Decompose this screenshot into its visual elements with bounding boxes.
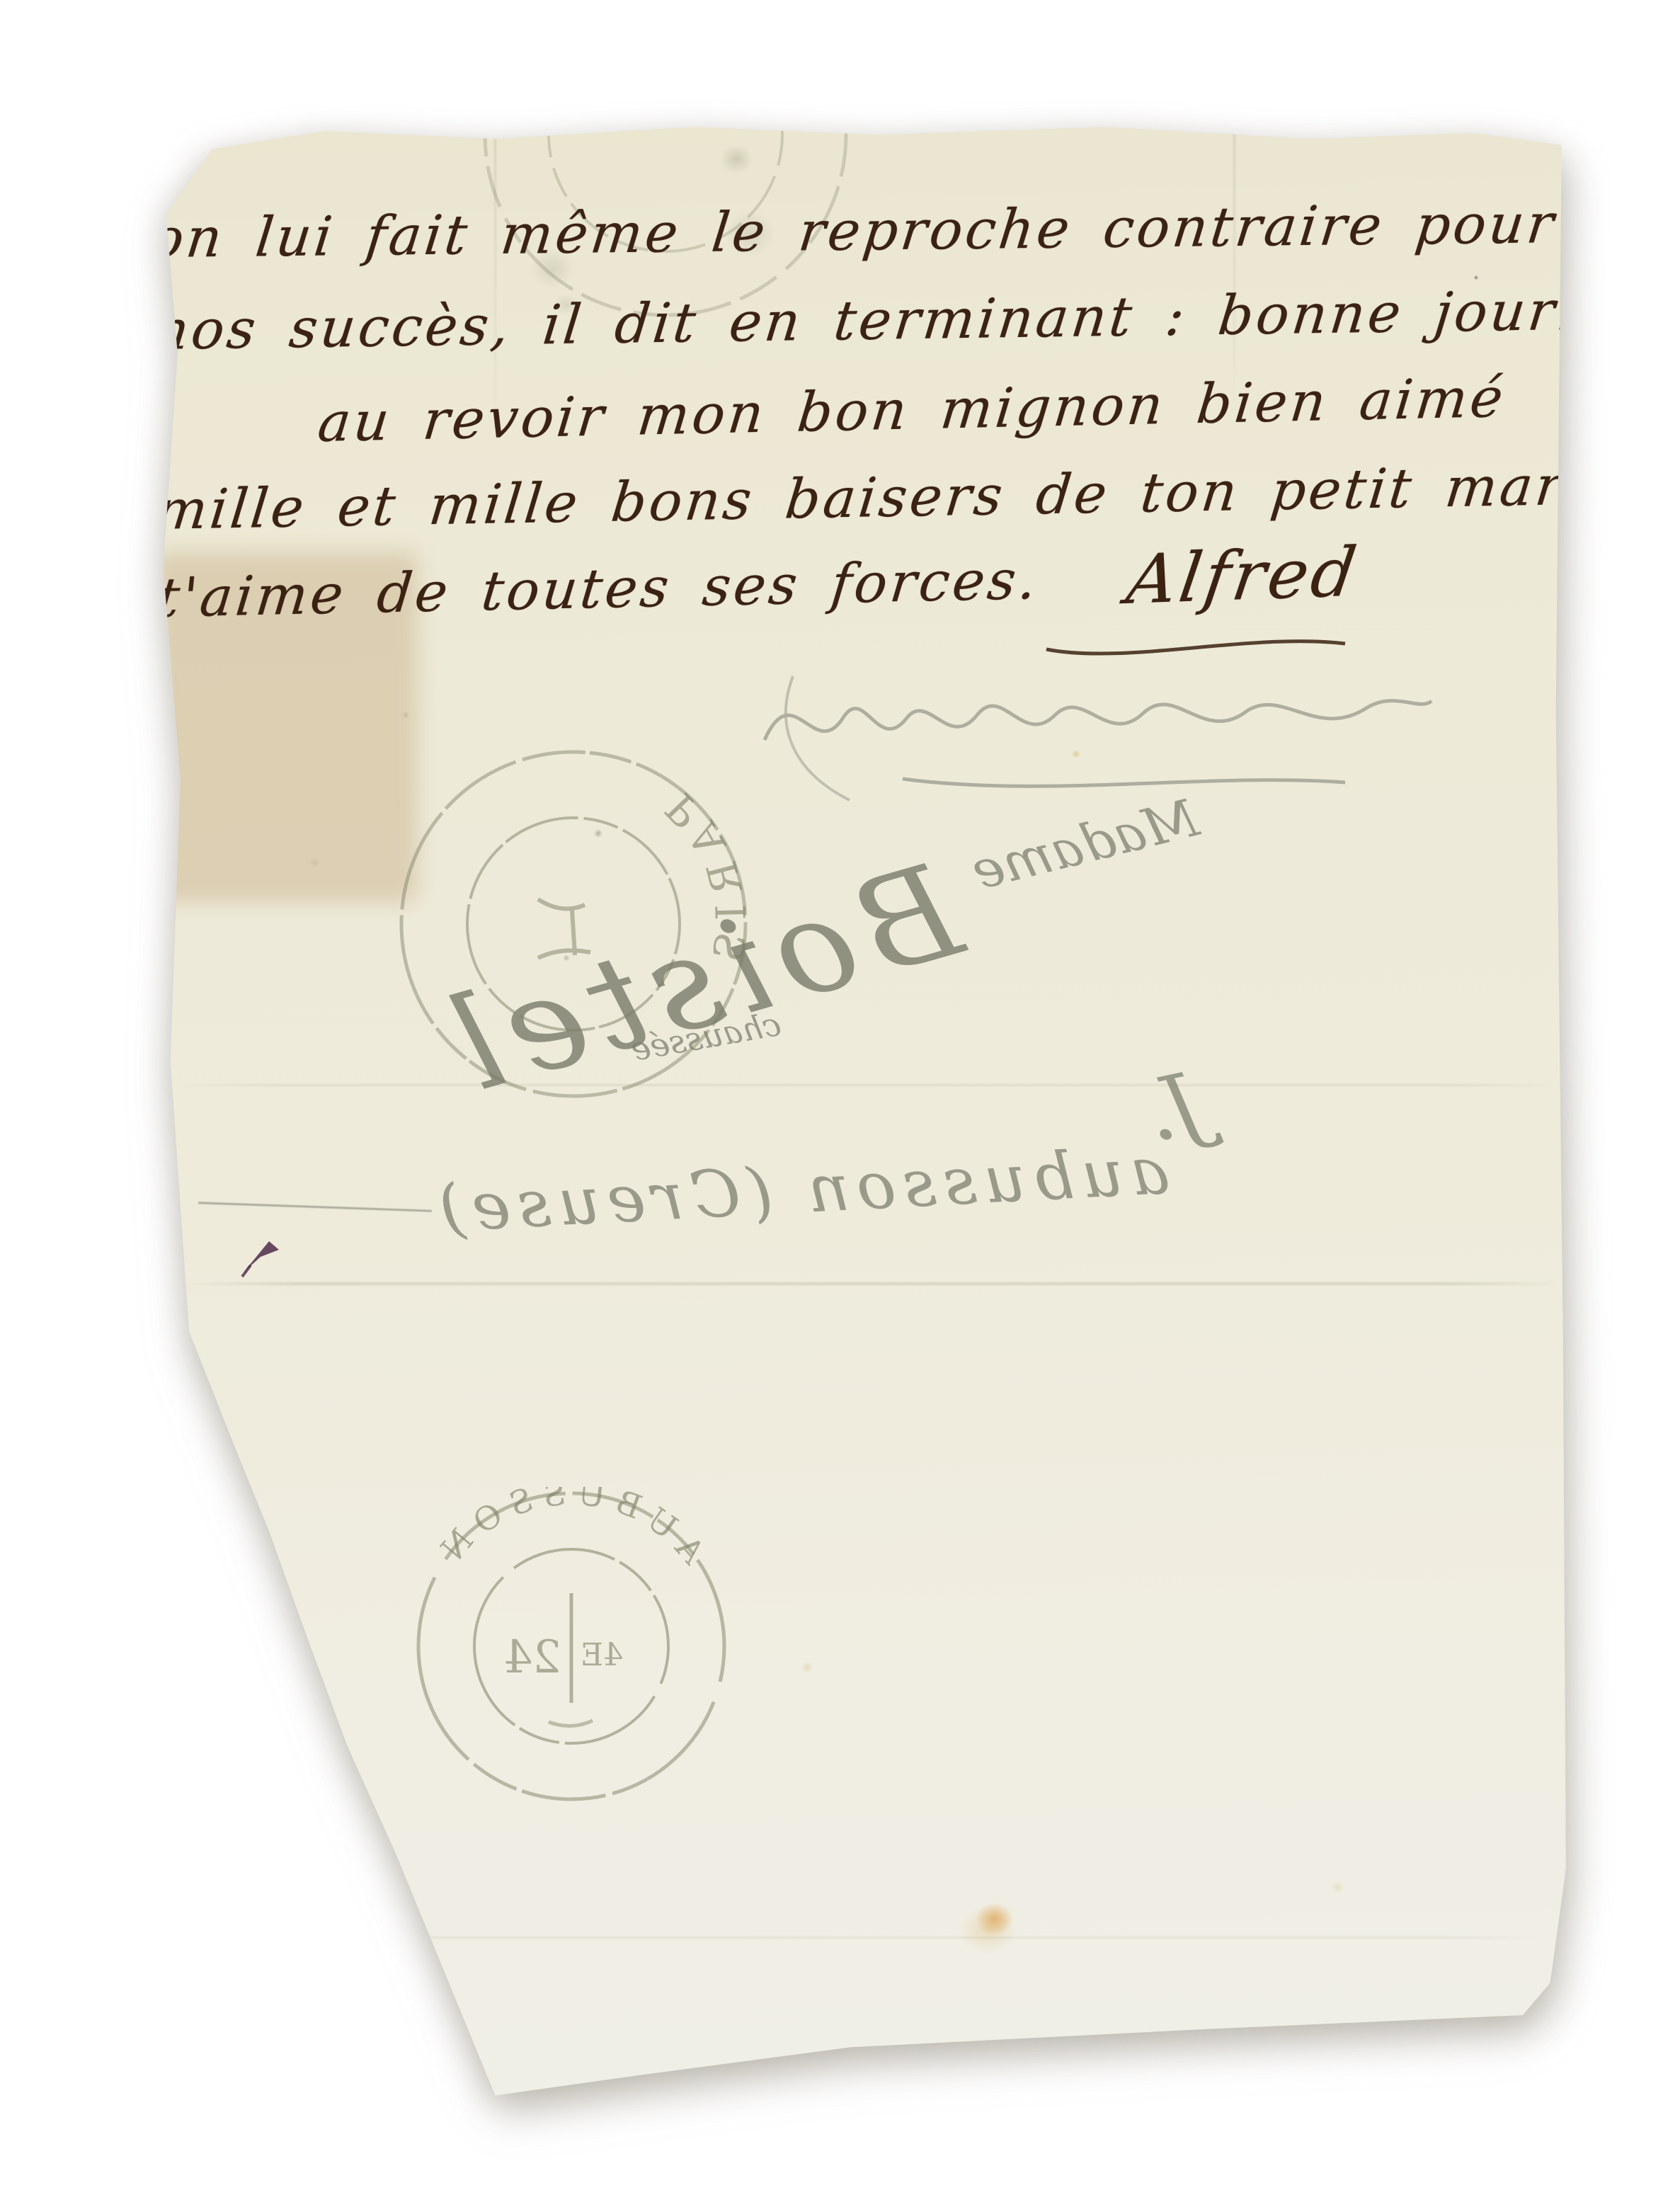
letter-line-4: mille et mille bons baisers de ton petit… (152, 452, 1680, 542)
svg-text:AUBUSSON: AUBUSSON (427, 1487, 713, 1575)
aubusson-postmark-center-left: 4E (581, 1637, 623, 1673)
letter-paper: on lui fait même le reproche contraire p… (135, 117, 1572, 2128)
letter-line-2: nos succès, il dit en terminant : bonne … (150, 278, 1669, 363)
signature-alfred: Alfred (1122, 532, 1364, 620)
paper-shadow: on lui fait même le reproche contraire p… (135, 117, 1572, 2128)
aubusson-postmark-arc-text: AUBUSSON (427, 1487, 713, 1575)
photo-backdrop: on lui fait même le reproche contraire p… (0, 0, 1680, 2212)
letter-line-1: on lui fait même le reproche contraire p… (147, 193, 1560, 270)
paris-postmark: PARIS (389, 740, 758, 1108)
aubusson-postmark-center-right: 24 (503, 1631, 561, 1684)
bleedthrough-long-stroke (198, 1202, 432, 1212)
dark-ink-blot (241, 1234, 286, 1279)
fold-crease-lower (184, 1282, 1561, 1285)
bleedthrough-city-text: aubusson (Creuse) (430, 1133, 1171, 1247)
fold-crease-upper (177, 1084, 1558, 1086)
fold-crease-bottom (177, 1937, 1543, 1939)
bleedthrough-city-line: aubusson (Creuse) (430, 1133, 1171, 1247)
signature-underline-flourish (1041, 628, 1352, 671)
aubusson-postmark: AUBUSSON 4E 24 (412, 1487, 731, 1806)
